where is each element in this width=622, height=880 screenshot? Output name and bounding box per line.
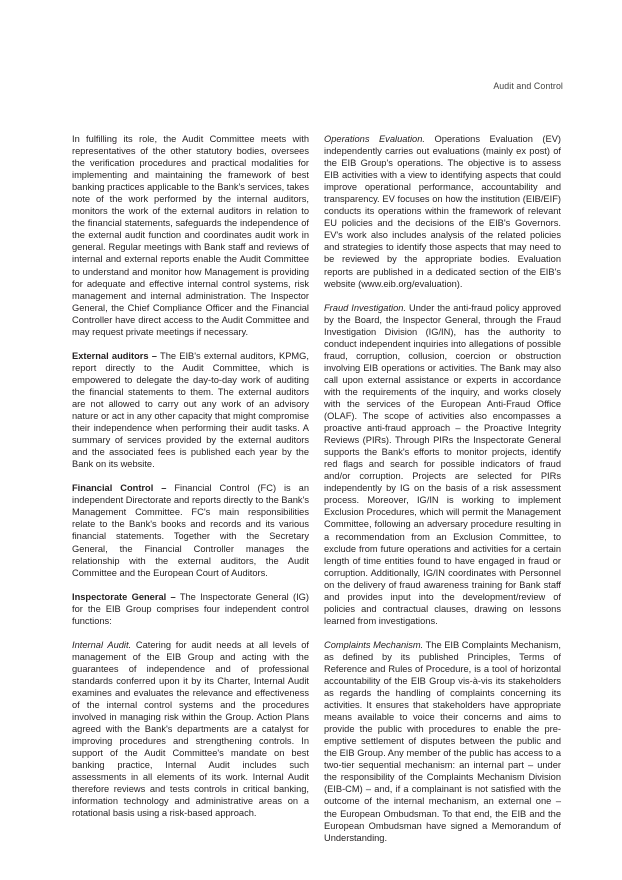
- right-column: Operations Evaluation. Operations Evalua…: [324, 133, 561, 844]
- paragraph-operations-evaluation: Operations Evaluation. Operations Evalua…: [324, 133, 561, 290]
- paragraph-text: Operations Evaluation (EV) independently…: [324, 134, 561, 289]
- paragraph-complaints-mechanism: Complaints Mechanism. The EIB Complaints…: [324, 639, 561, 844]
- document-page: Audit and Control In fulfilling its role…: [0, 0, 622, 880]
- paragraph-text: Catering for audit needs at all levels o…: [72, 640, 309, 819]
- paragraph-lead: Fraud Investigation.: [324, 303, 406, 313]
- text-block: In fulfilling its role, the Audit Commit…: [72, 133, 561, 844]
- paragraph-inspectorate-general: Inspectorate General – The Inspectorate …: [72, 591, 309, 627]
- paragraph-text: Under the anti-fraud policy approved by …: [324, 303, 561, 626]
- paragraph-text: Financial Control (FC) is an independent…: [72, 483, 309, 577]
- paragraph-external-auditors: External auditors – The EIB's external a…: [72, 350, 309, 470]
- paragraph-audit-committee: In fulfilling its role, the Audit Commit…: [72, 133, 309, 338]
- paragraph-lead: Complaints Mechanism.: [324, 640, 423, 650]
- page-header: Audit and Control: [493, 81, 563, 91]
- paragraph-lead: Internal Audit.: [72, 640, 131, 650]
- paragraph-fraud-investigation: Fraud Investigation. Under the anti-frau…: [324, 302, 561, 627]
- left-column: In fulfilling its role, the Audit Commit…: [72, 133, 309, 844]
- paragraph-financial-control: Financial Control – Financial Control (F…: [72, 482, 309, 578]
- paragraph-lead: Financial Control –: [72, 483, 166, 493]
- paragraph-text: The EIB's external auditors, KPMG, repor…: [72, 351, 309, 469]
- paragraph-text: The EIB Complaints Mechanism, as defined…: [324, 640, 561, 843]
- paragraph-internal-audit: Internal Audit. Catering for audit needs…: [72, 639, 309, 820]
- paragraph-lead: Operations Evaluation.: [324, 134, 425, 144]
- paragraph-lead: External auditors –: [72, 351, 157, 361]
- paragraph-text: In fulfilling its role, the Audit Commit…: [72, 134, 309, 337]
- paragraph-lead: Inspectorate General –: [72, 592, 176, 602]
